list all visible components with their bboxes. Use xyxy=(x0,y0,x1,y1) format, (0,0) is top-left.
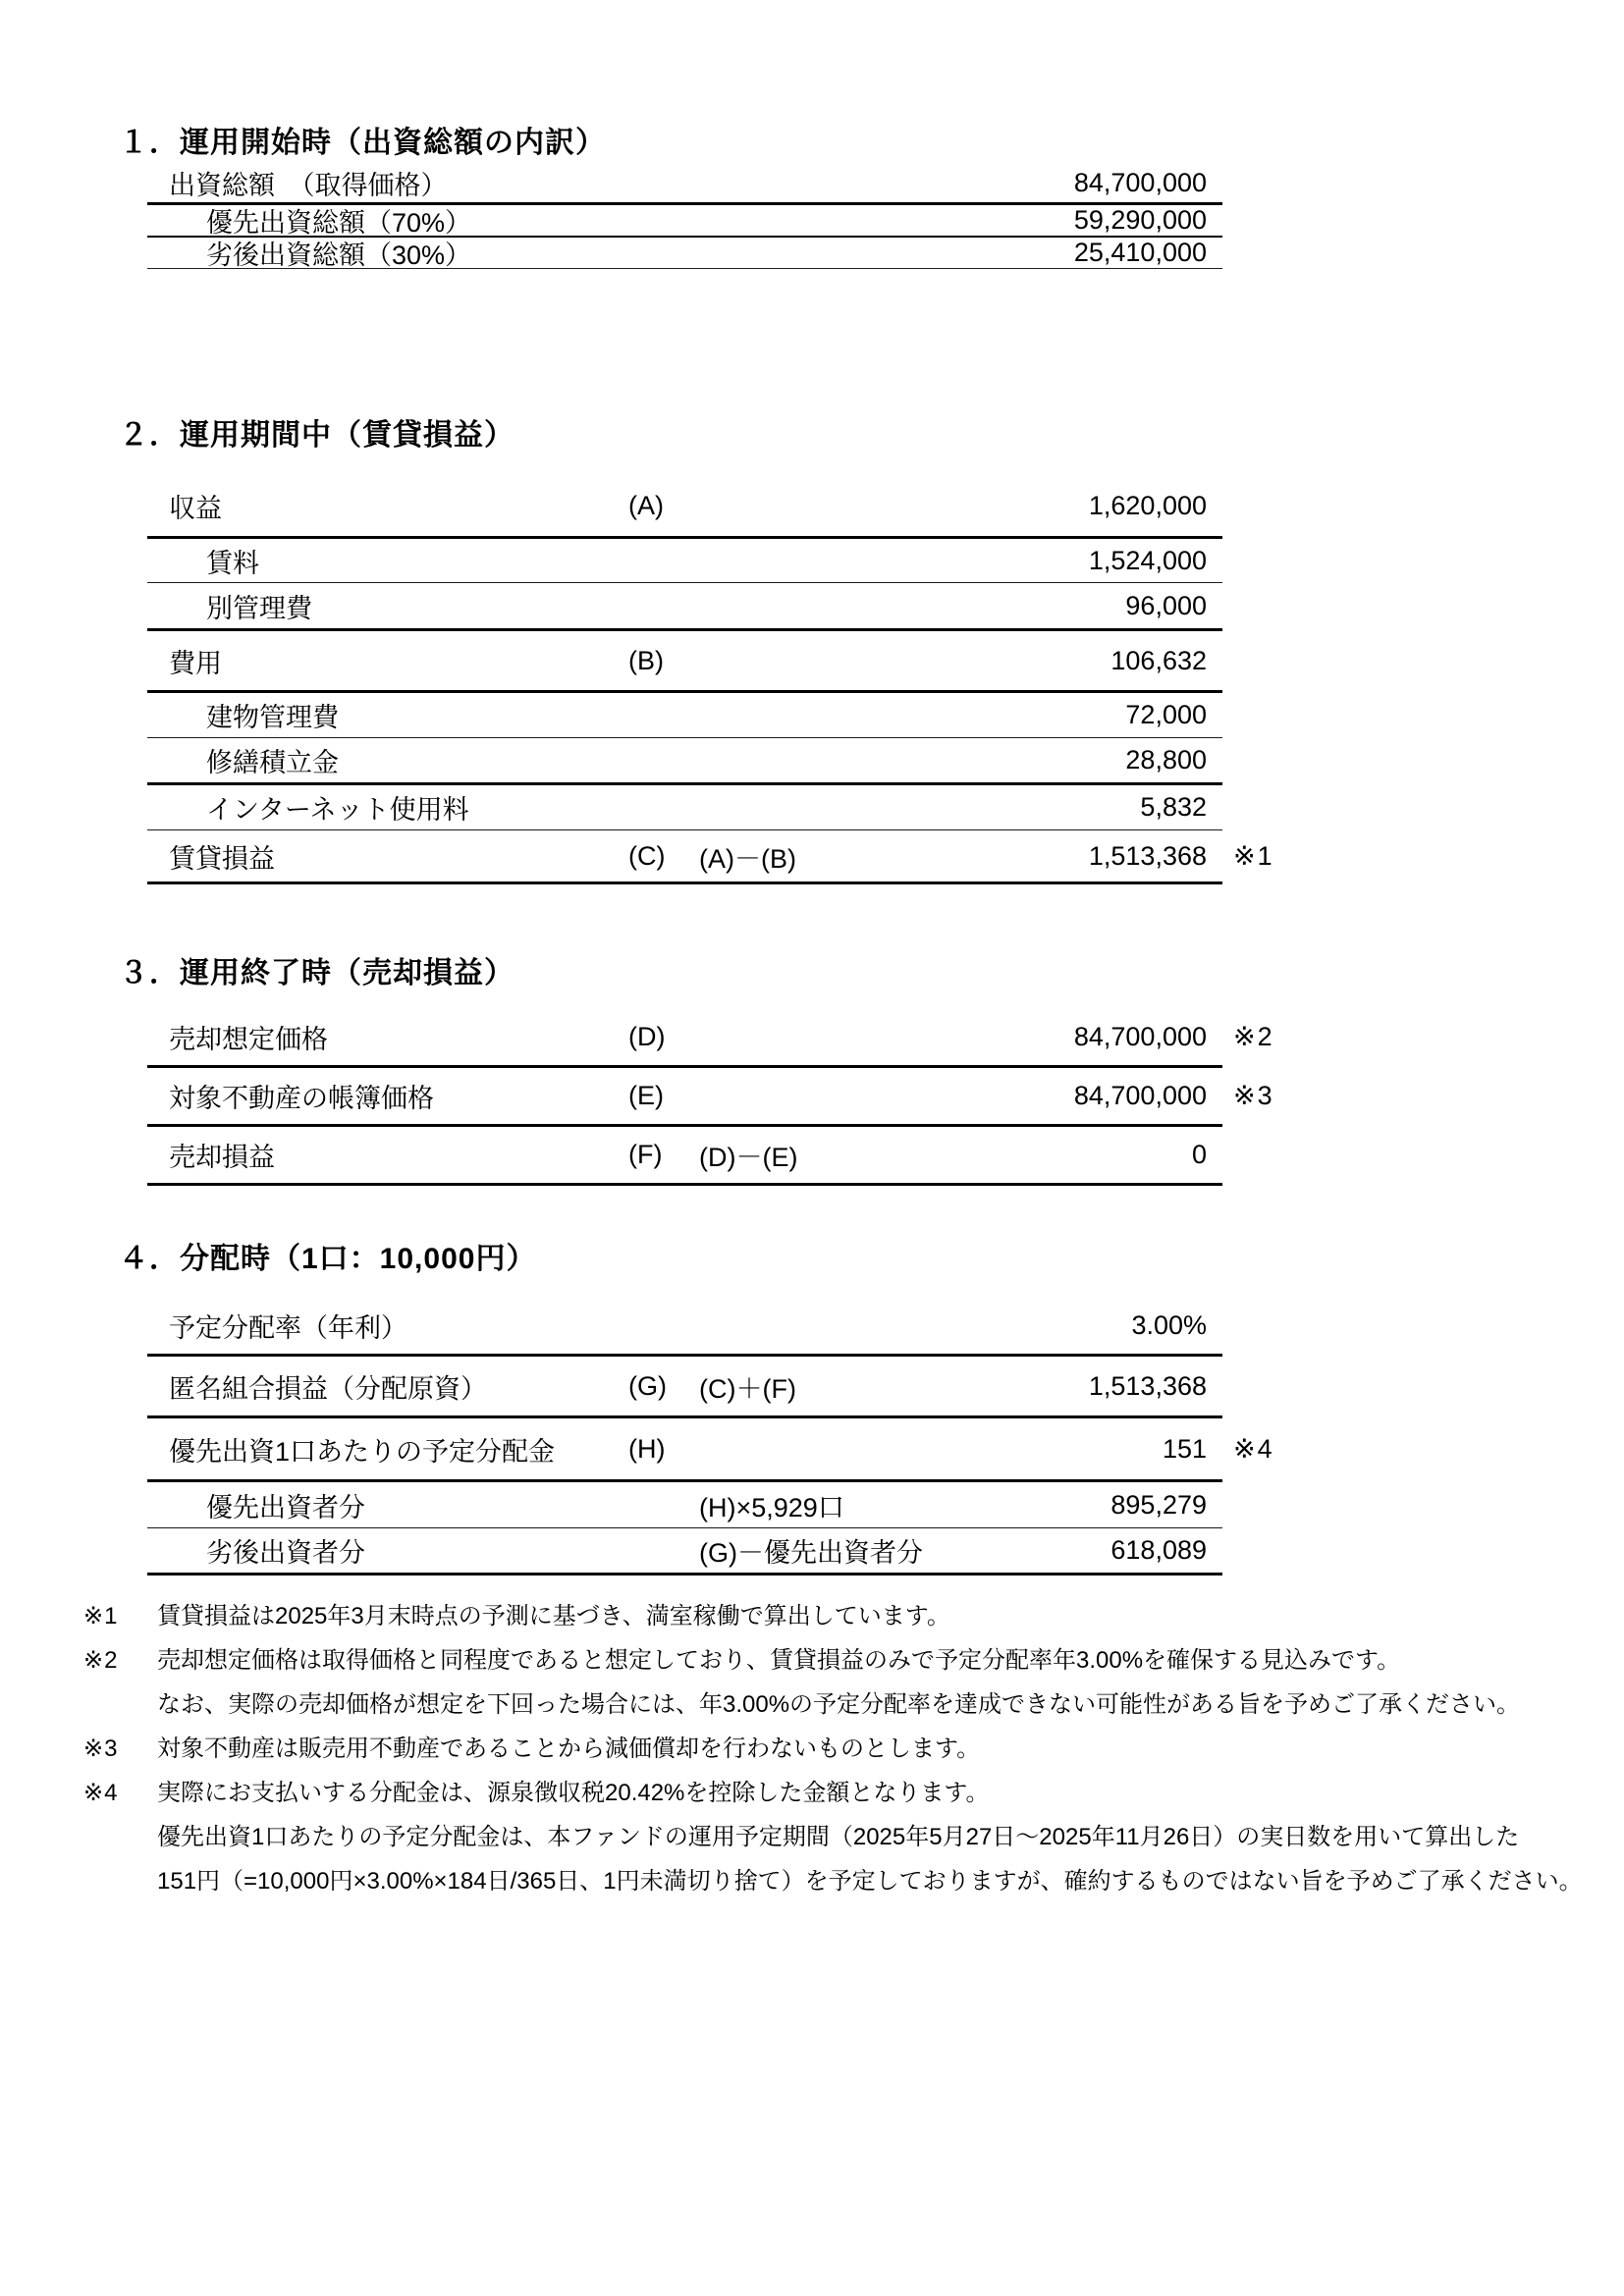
footnote-line: なお、実際の売却価格が想定を下回った場合には、年3.00%の予定分配率を達成でき… xyxy=(83,1682,1624,1727)
table-row: 収益 (A) 1,620,000 xyxy=(147,475,1222,539)
row-label: 収益 xyxy=(147,487,222,525)
table-row: 賃料 1,524,000 xyxy=(147,539,1222,583)
footnotes: ※1 賃貸損益は2025年3月末時点の予測に基づき、満室稼働で算出しています。 … xyxy=(83,1594,1624,1903)
row-value: 84,700,000 xyxy=(1074,168,1222,198)
table-row: 別管理費 96,000 xyxy=(147,583,1222,631)
row-label: 劣後出資者分 xyxy=(147,1531,365,1570)
row-value: 618,089 xyxy=(1110,1535,1222,1566)
table-row: 予定分配率（年利） 3.00% xyxy=(147,1297,1222,1357)
footnote-marker xyxy=(83,1859,157,1903)
table-row: 優先出資1口あたりの予定分配金 (H) 151 ※4 xyxy=(147,1418,1222,1482)
document-page: １．運用開始時（出資総額の内訳） 出資総額 （取得価格） 84,700,000 … xyxy=(0,0,1624,2296)
table-row: 優先出資者分 (H)×5,929口 895,279 xyxy=(147,1482,1222,1528)
row-value: 1,524,000 xyxy=(1089,546,1222,576)
row-value: 3.00% xyxy=(1131,1310,1222,1341)
row-label: 優先出資者分 xyxy=(147,1486,365,1524)
row-label: インターネット使用料 xyxy=(147,788,469,827)
footnote-line: ※1 賃貸損益は2025年3月末時点の予測に基づき、満室稼働で算出しています。 xyxy=(83,1594,1624,1638)
row-value: 28,800 xyxy=(1125,745,1222,775)
row-value: 1,620,000 xyxy=(1089,491,1222,521)
row-label: 賃貸損益 xyxy=(147,837,275,876)
footnote-line: ※4 実際にお支払いする分配金は、源泉徴収税20.42%を控除した金額となります… xyxy=(83,1771,1624,1815)
footnote-marker xyxy=(83,1682,157,1727)
row-formula: (G)－優先出資者分 xyxy=(699,1531,923,1570)
footnote-marker: ※3 xyxy=(83,1727,157,1771)
row-footnote-ref: ※4 xyxy=(1233,1434,1274,1465)
footnote-text: 売却想定価格は取得価格と同程度であると想定しており、賃貸損益のみで予定分配率年3… xyxy=(157,1638,1624,1682)
row-footnote-ref: ※2 xyxy=(1233,1022,1274,1052)
row-label: 売却想定価格 xyxy=(147,1018,328,1056)
footnote-marker: ※1 xyxy=(83,1594,157,1638)
row-label: 費用 xyxy=(147,642,222,680)
table-row: 賃貸損益 (C) (A)－(B) 1,513,368 ※1 xyxy=(147,830,1222,884)
row-label: 売却損益 xyxy=(147,1136,275,1174)
row-formula: (H)×5,929口 xyxy=(699,1486,844,1524)
row-label: 劣後出資総額（30%） xyxy=(147,234,471,272)
row-label: 出資総額 （取得価格） xyxy=(147,164,448,202)
row-code: (H) xyxy=(628,1434,665,1465)
table-row: 出資総額 （取得価格） 84,700,000 xyxy=(147,163,1222,205)
row-value: 0 xyxy=(1192,1140,1222,1170)
table-row: インターネット使用料 5,832 xyxy=(147,785,1222,830)
row-footnote-ref: ※1 xyxy=(1233,841,1274,872)
row-code: (E) xyxy=(628,1081,664,1111)
row-footnote-ref: ※3 xyxy=(1233,1081,1274,1111)
row-code: (D) xyxy=(628,1022,665,1052)
table-row: 対象不動産の帳簿価格 (E) 84,700,000 ※3 xyxy=(147,1068,1222,1127)
footnote-text: 実際にお支払いする分配金は、源泉徴収税20.42%を控除した金額となります。 xyxy=(157,1771,1624,1815)
footnote-text: 151円（=10,000円×3.00%×184日/365日、1円未満切り捨て）を… xyxy=(157,1859,1624,1903)
footnote-text: なお、実際の売却価格が想定を下回った場合には、年3.00%の予定分配率を達成でき… xyxy=(157,1682,1624,1727)
row-formula: (C)＋(F) xyxy=(699,1367,796,1406)
table-row: 匿名組合損益（分配原資） (G) (C)＋(F) 1,513,368 xyxy=(147,1357,1222,1418)
row-value: 895,279 xyxy=(1110,1490,1222,1521)
section-3-title: ３．運用終了時（売却損益） xyxy=(119,956,1624,991)
table-row: 費用 (B) 106,632 xyxy=(147,631,1222,693)
footnote-line: 優先出資1口あたりの予定分配金は、本ファンドの運用予定期間（2025年5月27日… xyxy=(83,1815,1624,1859)
row-value: 72,000 xyxy=(1125,700,1222,730)
section-1-title: １．運用開始時（出資総額の内訳） xyxy=(119,126,1624,161)
row-label: 別管理費 xyxy=(147,587,312,625)
row-value: 84,700,000 xyxy=(1074,1022,1222,1052)
section-1-table: 出資総額 （取得価格） 84,700,000 優先出資総額（70%） 59,29… xyxy=(147,163,1222,269)
row-value: 84,700,000 xyxy=(1074,1081,1222,1111)
row-label: 修繕積立金 xyxy=(147,741,339,779)
table-row: 劣後出資者分 (G)－優先出資者分 618,089 xyxy=(147,1528,1222,1575)
row-formula: (A)－(B) xyxy=(699,837,796,876)
row-code: (B) xyxy=(628,646,664,676)
row-value: 96,000 xyxy=(1125,591,1222,621)
row-label: 建物管理費 xyxy=(147,696,339,734)
footnote-text: 対象不動産は販売用不動産であることから減価償却を行わないものとします。 xyxy=(157,1727,1624,1771)
row-code: (F) xyxy=(628,1140,662,1170)
footnote-marker: ※2 xyxy=(83,1638,157,1682)
row-value: 5,832 xyxy=(1140,792,1222,823)
row-label: 匿名組合損益（分配原資） xyxy=(147,1367,487,1406)
footnote-text: 優先出資1口あたりの予定分配金は、本ファンドの運用予定期間（2025年5月27日… xyxy=(157,1815,1624,1859)
row-label: 対象不動産の帳簿価格 xyxy=(147,1077,434,1115)
table-row: 修繕積立金 28,800 xyxy=(147,738,1222,785)
row-value: 1,513,368 xyxy=(1089,1371,1222,1402)
row-code: (G) xyxy=(628,1371,667,1402)
section-4-table: 予定分配率（年利） 3.00% 匿名組合損益（分配原資） (G) (C)＋(F)… xyxy=(147,1297,1222,1575)
section-2-table: 収益 (A) 1,620,000 賃料 1,524,000 別管理費 96,00… xyxy=(147,475,1222,884)
row-label: 優先出資1口あたりの予定分配金 xyxy=(147,1430,555,1468)
footnote-line: ※2 売却想定価格は取得価格と同程度であると想定しており、賃貸損益のみで予定分配… xyxy=(83,1638,1624,1682)
table-row: 建物管理費 72,000 xyxy=(147,693,1222,738)
row-formula: (D)－(E) xyxy=(699,1136,797,1174)
row-label: 賃料 xyxy=(147,542,259,580)
footnote-line: ※3 対象不動産は販売用不動産であることから減価償却を行わないものとします。 xyxy=(83,1727,1624,1771)
table-row: 売却想定価格 (D) 84,700,000 ※2 xyxy=(147,1009,1222,1068)
row-value: 106,632 xyxy=(1110,646,1222,676)
row-code: (A) xyxy=(628,491,664,521)
row-label: 予定分配率（年利） xyxy=(147,1307,407,1345)
table-row: 売却損益 (F) (D)－(E) 0 xyxy=(147,1127,1222,1186)
row-value: 1,513,368 xyxy=(1089,841,1222,872)
row-value: 151 xyxy=(1163,1434,1222,1465)
footnote-marker: ※4 xyxy=(83,1771,157,1815)
row-value: 25,410,000 xyxy=(1074,238,1222,268)
footnote-marker xyxy=(83,1815,157,1859)
section-2-title: ２．運用期間中（賃貸損益） xyxy=(119,418,1624,454)
section-3-table: 売却想定価格 (D) 84,700,000 ※2 対象不動産の帳簿価格 (E) … xyxy=(147,1009,1222,1186)
table-row: 劣後出資総額（30%） 25,410,000 xyxy=(147,238,1222,269)
row-value: 59,290,000 xyxy=(1074,205,1222,236)
section-4-title: ４．分配時（1口：10,000円） xyxy=(119,1242,1624,1277)
footnote-line: 151円（=10,000円×3.00%×184日/365日、1円未満切り捨て）を… xyxy=(83,1859,1624,1903)
footnote-text: 賃貸損益は2025年3月末時点の予測に基づき、満室稼働で算出しています。 xyxy=(157,1594,1624,1638)
row-code: (C) xyxy=(628,841,665,872)
